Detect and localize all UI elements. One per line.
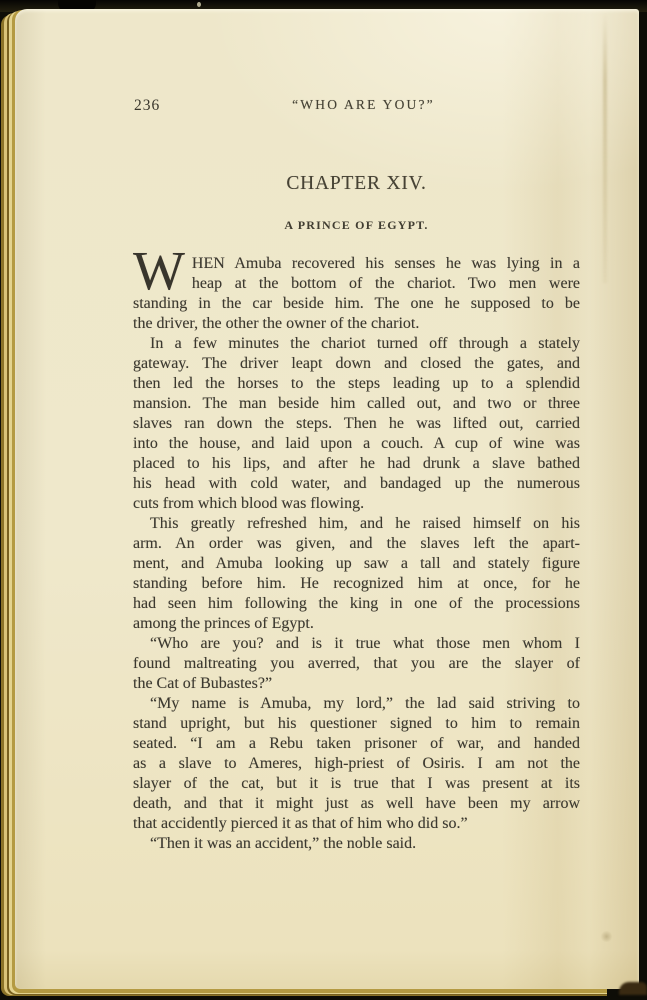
text-line: stand upright, but his questioner signed…: [133, 714, 580, 734]
text-line: cuts from which blood was flowing.: [133, 494, 580, 514]
text-line: In a few minutes the chariot turned off …: [133, 334, 580, 354]
text-line: ment, and Amuba looking up saw a tall an…: [133, 554, 580, 574]
text-line: as a slave to Ameres, high-priest of Osi…: [133, 754, 580, 774]
text-line: then led the horses to the steps leading…: [133, 374, 580, 394]
paragraph: WHEN Amuba recovered his senses he was l…: [133, 254, 580, 334]
paper-speck: [197, 2, 201, 7]
text-line: “Then it was an accident,” the noble sai…: [133, 834, 580, 854]
text-line: mansion. The man beside him called out, …: [133, 394, 580, 414]
text-line: standing in the car beside him. The one …: [133, 294, 580, 314]
paper-smudge: [600, 931, 613, 942]
text-line: had seen him following the king in one o…: [133, 594, 580, 614]
running-head: “WHO ARE YOU?”: [133, 97, 580, 113]
paragraph: “My name is Amuba, my lord,” the lad sai…: [133, 694, 580, 834]
paragraph: This greatly refreshed him, and he raise…: [133, 514, 580, 634]
chapter-title: CHAPTER XIV.: [133, 173, 580, 195]
text-line: standing before him. He recognized him a…: [133, 574, 580, 594]
text-line: seated. “I am a Rebu taken prisoner of w…: [133, 734, 580, 754]
paragraph: “Who are you? and is it true what those …: [133, 634, 580, 694]
text-line: gateway. The driver leapt down and close…: [133, 354, 580, 374]
text-line: death, and that it might just as well ha…: [133, 794, 580, 814]
text-line: into the house, and laid upon a couch. A…: [133, 434, 580, 454]
drop-cap: W: [133, 252, 185, 291]
text-line: that accidently pierced it as that of hi…: [133, 814, 580, 834]
text-line: his head with cold water, and bandaged u…: [133, 474, 580, 494]
book-photo: 236 “WHO ARE YOU?” CHAPTER XIV. A PRINCE…: [0, 0, 647, 1000]
paragraph: “Then it was an accident,” the noble sai…: [133, 834, 580, 854]
page-header: 236 “WHO ARE YOU?”: [133, 97, 580, 113]
text-line: arm. An order was given, and the slaves …: [133, 534, 580, 554]
page-crease: [603, 13, 607, 283]
page-number: 236: [134, 97, 160, 115]
text-line: found maltreating you averred, that you …: [133, 654, 580, 674]
text-line: “My name is Amuba, my lord,” the lad sai…: [133, 694, 580, 714]
text-line: heap at the bottom of the chariot. Two m…: [133, 274, 580, 294]
text-line: the Cat of Bubastes?”: [133, 674, 580, 694]
text-line: among the princes of Egypt.: [133, 614, 580, 634]
chapter-subtitle: A PRINCE OF EGYPT.: [133, 218, 580, 233]
paragraph: In a few minutes the chariot turned off …: [133, 334, 580, 514]
text-line: WHEN Amuba recovered his senses he was l…: [133, 254, 580, 274]
corner-shadow: [619, 982, 647, 995]
body-text: WHEN Amuba recovered his senses he was l…: [133, 254, 580, 854]
text-line: slaves ran down the steps. Then he was l…: [133, 414, 580, 434]
book-page: 236 “WHO ARE YOU?” CHAPTER XIV. A PRINCE…: [15, 9, 639, 989]
text-line: This greatly refreshed him, and he raise…: [133, 514, 580, 534]
text-line: the driver, the other the owner of the c…: [133, 314, 580, 334]
text-line: placed to his lips, and after he had dru…: [133, 454, 580, 474]
text-line: “Who are you? and is it true what those …: [133, 634, 580, 654]
text-line: slayer of the cat, but it is true that I…: [133, 774, 580, 794]
